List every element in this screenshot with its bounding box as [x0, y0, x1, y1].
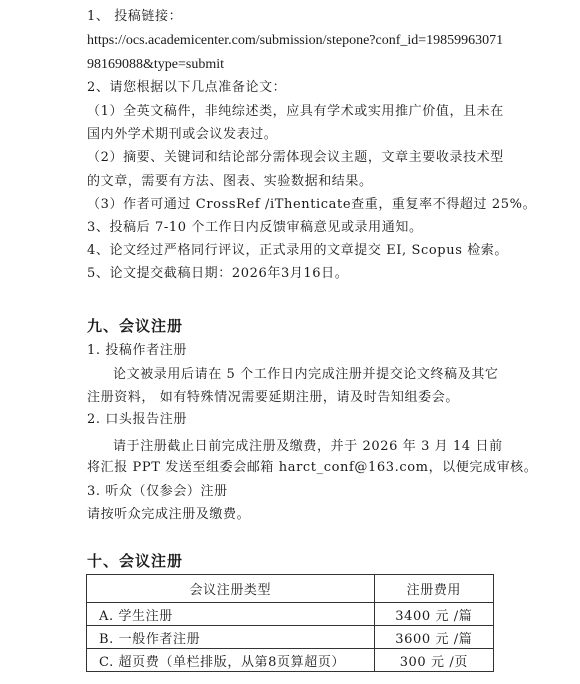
deadline-note: 5、论文提交截稿日期：2026年3月16日。 — [87, 266, 348, 282]
review-time-note: 3、投稿后 7-10 个工作日内反馈审稿意见或录用通知。 — [87, 220, 423, 236]
table-row: A. 学生注册 3400 元 /篇 — [87, 603, 494, 626]
prepare-paper-label: 2、请您根据以下几点准备论文： — [87, 80, 286, 96]
row-fee-general-author: 3600 元 /篇 — [374, 626, 493, 649]
table-row: C. 超页费（单栏排版，从第8页算超页） 300 元 /页 — [87, 649, 494, 672]
row-fee-extra-page: 300 元 /页 — [374, 649, 493, 672]
listener-registration-body: 请按听众完成注册及缴费。 — [87, 507, 250, 523]
oral-registration-body-line1: 请于注册截止日前完成注册及缴费，并于 2026 年 3 月 14 日前 — [113, 439, 503, 455]
oral-registration-body-line2: 将汇报 PPT 发送至组委会邮箱 harct_conf@163.com，以便完成… — [87, 460, 537, 476]
requirement-1-line1: （1）全英文稿件，非纯综述类，应具有学术或实用推广价值，且未在 — [87, 104, 504, 120]
row-type-student: A. 学生注册 — [87, 603, 375, 626]
table-row: B. 一般作者注册 3600 元 /篇 — [87, 626, 494, 649]
header-registration-type: 会议注册类型 — [87, 575, 375, 603]
requirement-2-line2: 的文章，需要有方法、图表、实验数据和结果。 — [87, 174, 373, 190]
requirement-1-line2: 国内外学术期刊或会议发表过。 — [87, 127, 277, 143]
submission-url-line1[interactable]: https://ocs.academicenter.com/submission… — [87, 33, 503, 49]
author-registration-title: 1. 投稿作者注册 — [87, 343, 187, 359]
registration-fee-table: 会议注册类型 注册费用 A. 学生注册 3400 元 /篇 B. 一般作者注册 … — [86, 574, 494, 672]
submission-url-line2[interactable]: 98169088&type=submit — [87, 57, 224, 73]
listener-registration-title: 3. 听众（仅参会）注册 — [87, 484, 228, 500]
requirement-3: （3）作者可通过 CrossRef /iThenticate查重，重复率不得超过… — [87, 197, 536, 213]
row-type-extra-page: C. 超页费（单栏排版，从第8页算超页） — [87, 649, 375, 672]
submission-link-label: 1、 投稿链接： — [87, 9, 182, 25]
header-registration-fee: 注册费用 — [374, 575, 493, 603]
author-registration-body-line1: 论文被录用后请在 5 个工作日内完成注册并提交论文终稿及其它 — [113, 367, 499, 383]
requirement-2-line1: （2）摘要、关键词和结论部分需体现会议主题，文章主要收录技术型 — [87, 150, 504, 166]
section-10-title: 十、会议注册 — [87, 552, 183, 570]
indexing-note: 4、论文经过严格同行评议，正式录用的文章提交 EI, Scopus 检索。 — [87, 243, 508, 259]
section-9-title: 九、会议注册 — [87, 317, 183, 335]
table-header-row: 会议注册类型 注册费用 — [87, 575, 494, 603]
row-fee-student: 3400 元 /篇 — [374, 603, 493, 626]
document-page: 1、 投稿链接： https://ocs.academicenter.com/s… — [0, 0, 580, 684]
oral-registration-title: 2. 口头报告注册 — [87, 412, 187, 428]
row-type-general-author: B. 一般作者注册 — [87, 626, 375, 649]
author-registration-body-line2: 注册资料， 如有特殊情况需要延期注册，请及时告知组委会。 — [87, 390, 459, 406]
